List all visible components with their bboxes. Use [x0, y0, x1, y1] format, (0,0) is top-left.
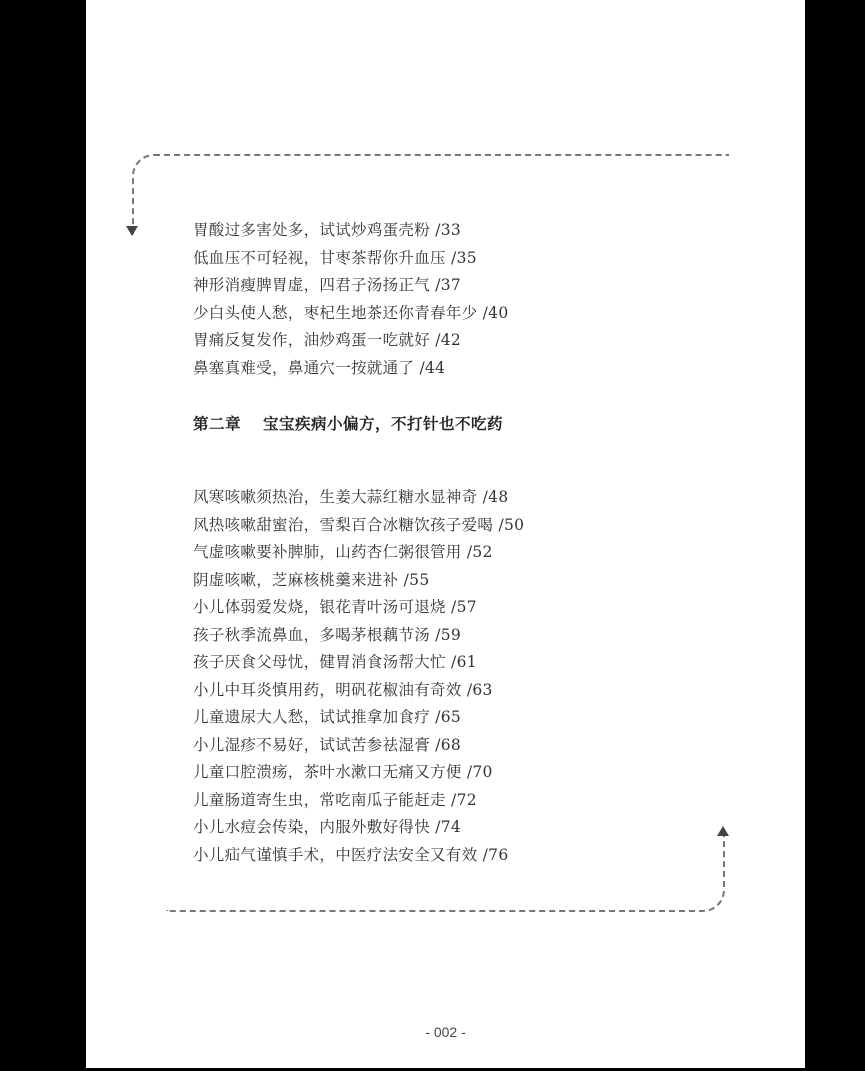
- toc-entry: 小儿中耳炎慎用药，明矾花椒油有奇效 /63: [193, 678, 493, 700]
- toc-entry: 小儿湿疹不易好，试试苦参祛湿膏 /68: [193, 733, 461, 755]
- toc-entry: 神形消瘦脾胃虚，四君子汤扬正气 /37: [193, 273, 461, 295]
- toc-entry: 孩子厌食父母忧，健胃消食汤帮大忙 /61: [193, 650, 477, 672]
- toc-entry: 鼻塞真难受，鼻通穴一按就通了 /44: [193, 356, 445, 378]
- arrow-up-icon: [717, 826, 729, 836]
- toc-entry: 儿童遗尿大人愁，试试推拿加食疗 /65: [193, 705, 461, 727]
- toc-entry: 儿童肠道寄生虫，常吃南瓜子能赶走 /72: [193, 788, 477, 810]
- page-number: - 002 -: [86, 1024, 805, 1040]
- toc-entry: 小儿疝气谨慎手术，中医疗法安全又有效 /76: [193, 843, 509, 865]
- toc-entry: 小儿水痘会传染，内服外敷好得快 /74: [193, 815, 461, 837]
- toc-entry: 气虚咳嗽要补脾肺，山药杏仁粥很管用 /52: [193, 540, 493, 562]
- toc-entry: 胃酸过多害处多，试试炒鸡蛋壳粉 /33: [193, 218, 461, 240]
- toc-entry: 阴虚咳嗽，芝麻核桃羹来进补 /55: [193, 568, 430, 590]
- toc-entry: 孩子秋季流鼻血，多喝茅根藕节汤 /59: [193, 623, 461, 645]
- toc-entry: 胃痛反复发作，油炒鸡蛋一吃就好 /42: [193, 328, 461, 350]
- arrow-down-icon: [126, 226, 138, 236]
- toc-entry: 儿童口腔溃疡，茶叶水漱口无痛又方便 /70: [193, 760, 493, 782]
- toc-entry: 小儿体弱爱发烧，银花青叶汤可退烧 /57: [193, 595, 477, 617]
- toc-entry: 低血压不可轻视，甘枣茶帮你升血压 /35: [193, 246, 477, 268]
- toc-entry: 少白头使人愁，枣杞生地茶还你青春年少 /40: [193, 301, 509, 323]
- book-page: 胃酸过多害处多，试试炒鸡蛋壳粉 /33 低血压不可轻视，甘枣茶帮你升血压 /35…: [86, 0, 805, 1068]
- toc-entry: 风寒咳嗽须热治，生姜大蒜红糖水显神奇 /48: [193, 485, 509, 507]
- toc-entry: 风热咳嗽甜蜜治，雪梨百合冰糖饮孩子爱喝 /50: [193, 513, 524, 535]
- chapter-heading: 第二章宝宝疾病小偏方，不打针也不吃药: [193, 412, 503, 434]
